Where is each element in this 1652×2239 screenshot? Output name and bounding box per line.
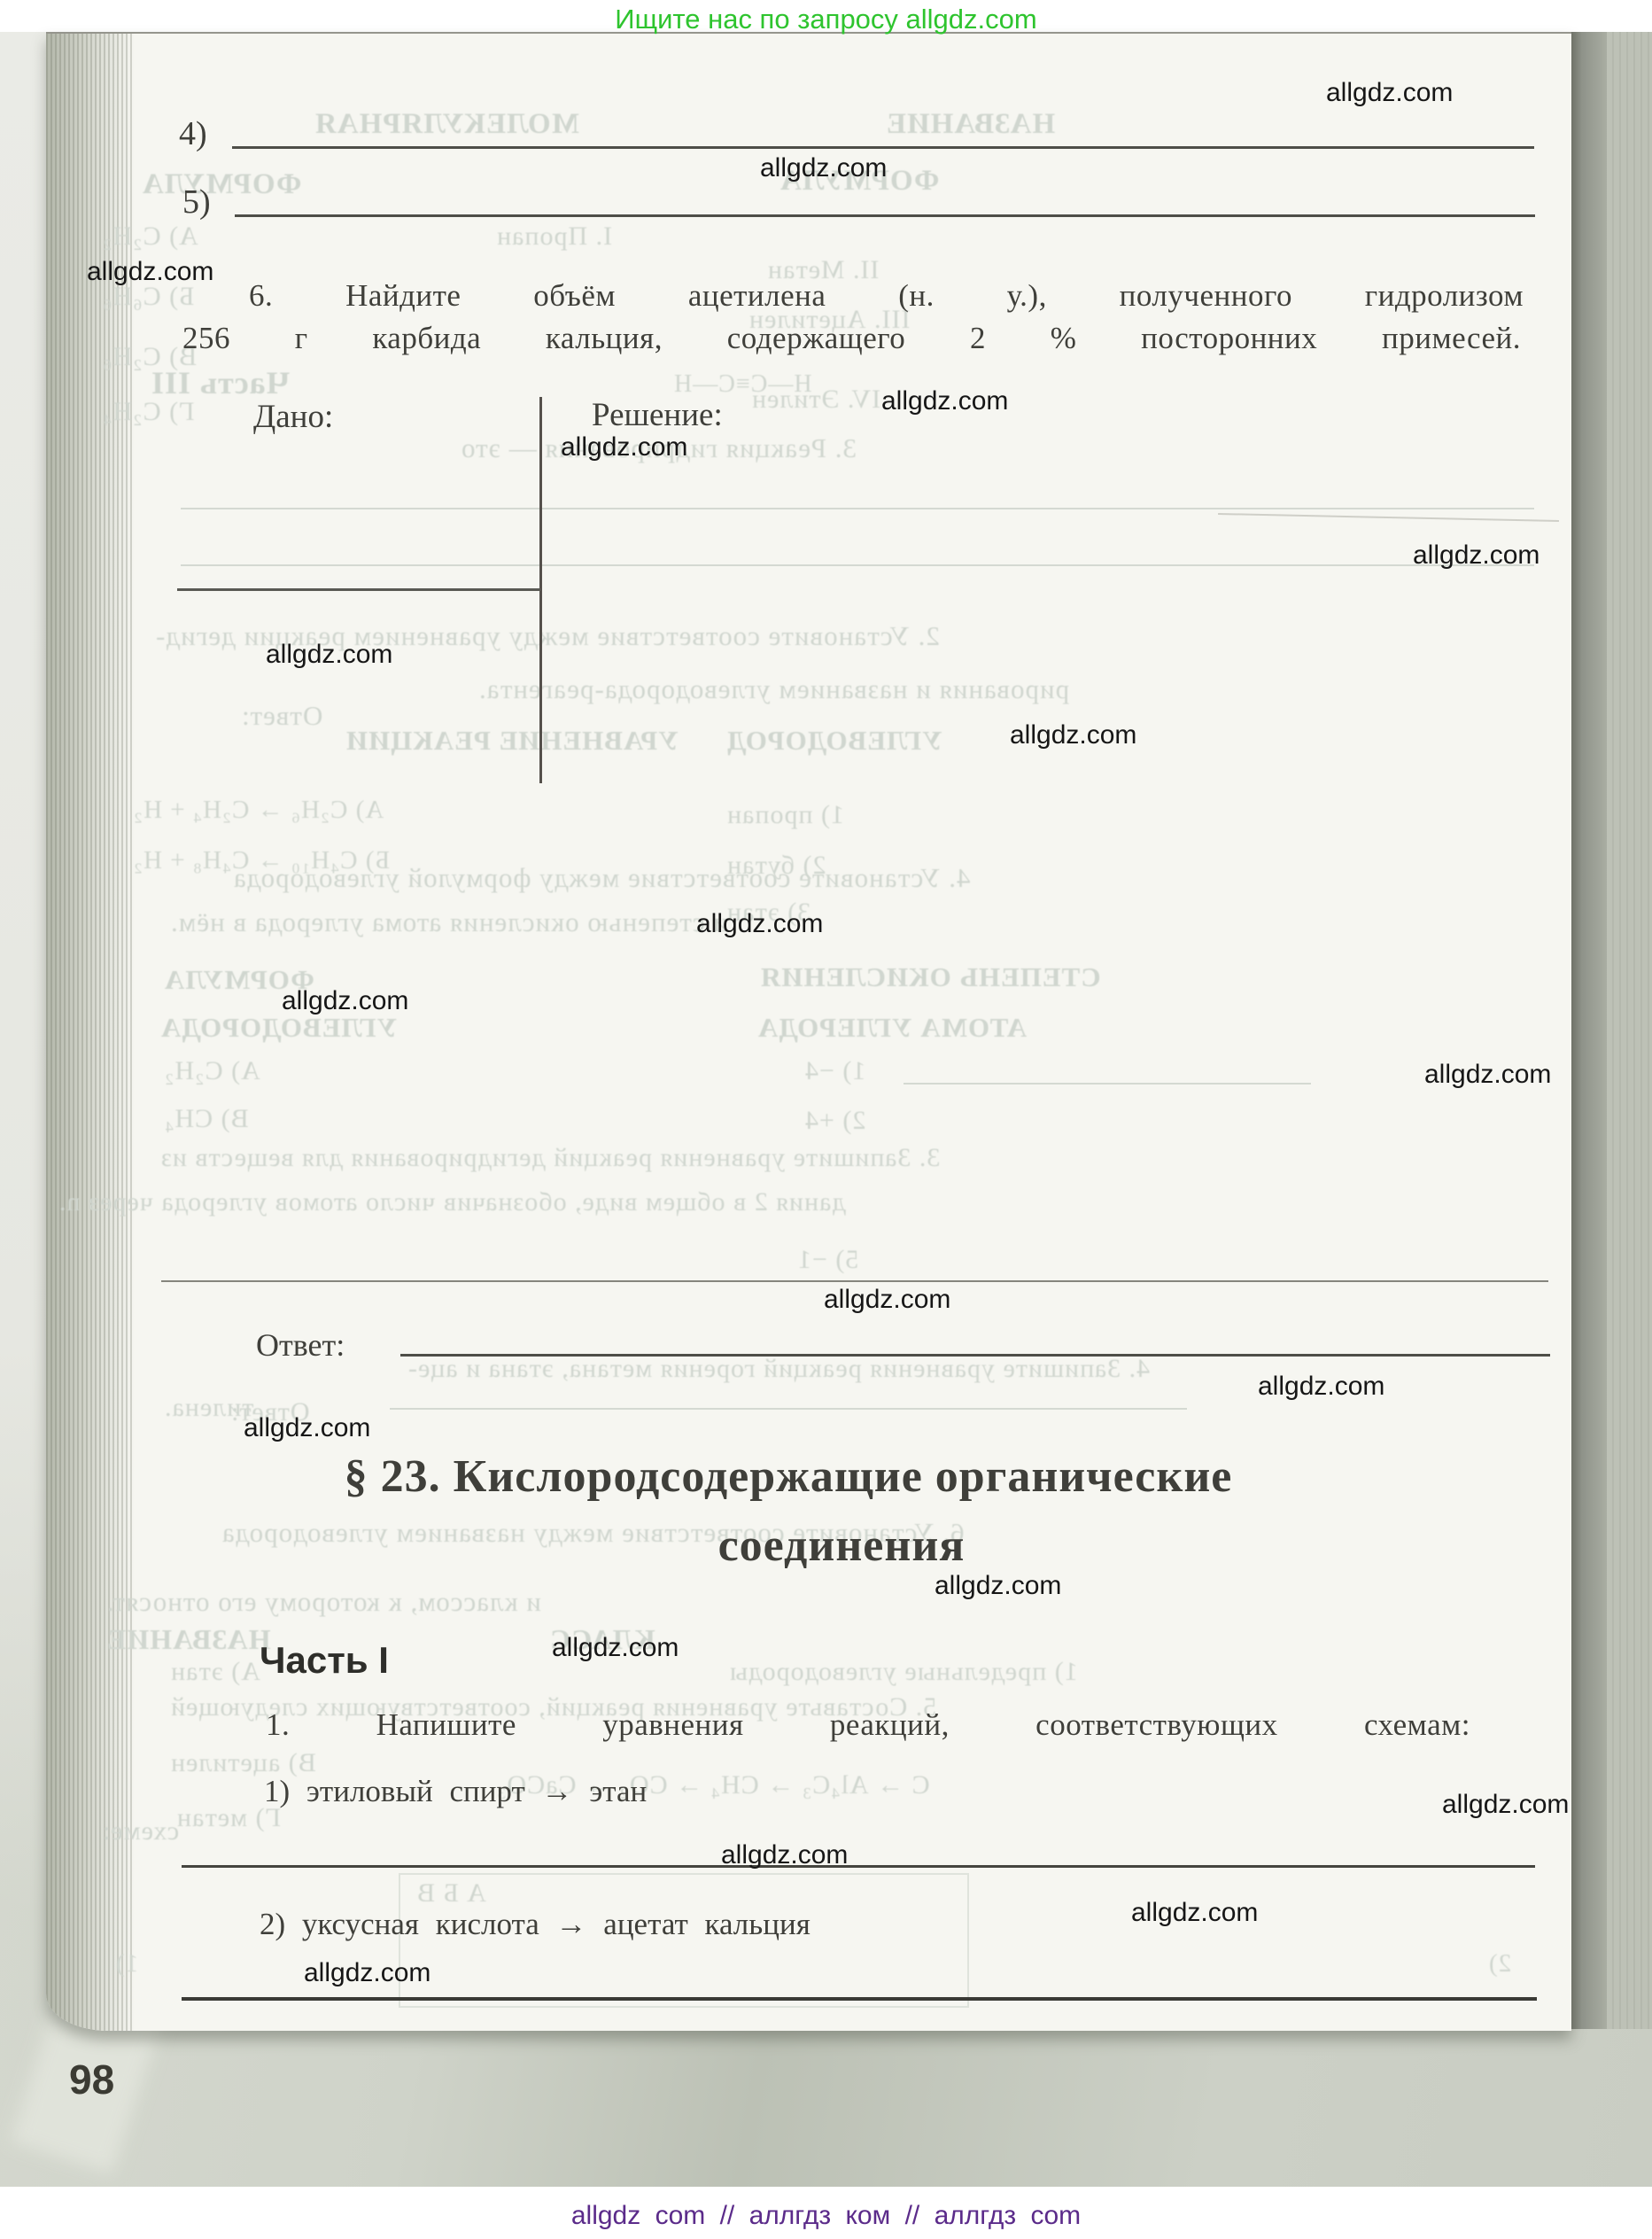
section-title-line1: § 23. Кислородсодержащие органические (115, 1448, 1462, 1505)
bleed-through-text: 1) (115, 1951, 138, 1977)
bleed-through-text: 4. Запишите уравнения реакций горения ме… (407, 1356, 1150, 1382)
site-watermark: allgdz.com (304, 1960, 430, 1986)
bleed-through-line (904, 1083, 1311, 1085)
bleed-through-text: 1) пропан (726, 802, 844, 828)
answer-blank-line[interactable] (400, 1354, 1550, 1357)
bleed-through-text: Н—С≡С—Н (673, 372, 812, 397)
bleed-through-text: А) С₂Н₂ (164, 1058, 260, 1085)
site-watermark: allgdz.com (266, 641, 392, 668)
scheme-2-text: 2) уксусная кислота → ацетат кальция (260, 1905, 810, 1944)
bleed-through-text: УРАВНЕНИЕ РЕАКЦИИ (345, 727, 679, 754)
site-watermark: allgdz.com (760, 155, 887, 182)
bleed-through-text: А) С₂Н₆ → С₂Н₄ + Н₂ (133, 797, 384, 823)
bleed-through-text: 4. Установите соответствие между формуло… (233, 864, 970, 891)
part-1-heading: Часть I (260, 1637, 389, 1684)
given-label: Дано: (253, 397, 333, 438)
bleed-through-text: Г) С₂Н₄ (102, 399, 194, 425)
site-watermark: allgdz.com (721, 1842, 848, 1869)
scheme-1-text: 1) этиловый спирт → этан (264, 1772, 647, 1811)
site-watermark: allgdz.com (552, 1635, 679, 1661)
bleed-through-text: НАЗВАНИЕ (886, 110, 1055, 139)
given-box-bottom-line (177, 588, 540, 591)
site-watermark: allgdz.com (881, 388, 1008, 415)
bleed-through-text: схеме: (102, 1818, 179, 1845)
bleed-through-text: дания 2 в общем виде, обозначив число ат… (58, 1189, 846, 1216)
bleed-through-text: МОЛЕКУЛЯРНАЯ (314, 110, 579, 139)
left-margin (0, 32, 48, 1910)
answer-label: Ответ: (256, 1326, 345, 1365)
book-edge-outer (1607, 32, 1652, 2029)
bleed-through-text: Ответ: (241, 702, 322, 729)
bleed-through-text: ФОРМУЛА (142, 170, 301, 199)
bleed-through-text: І. Пропан (496, 223, 612, 250)
site-watermark: allgdz.com (1326, 80, 1453, 106)
bleed-through-text: СТЕПЕНЬ ОКИСЛЕНИЯ (760, 963, 1101, 991)
site-watermark: allgdz.com (1424, 1061, 1551, 1088)
scheme-1-answer-line[interactable] (182, 1865, 1535, 1868)
site-watermark: allgdz.com (244, 1415, 370, 1442)
site-watermark: allgdz.com (87, 259, 213, 285)
bleed-through-text: УГЛЕВОДОРОД (726, 727, 942, 754)
bleed-through-text: НАЗВАНИЕ (106, 1625, 271, 1653)
task-1-text: 1. Напишите уравнения реакций, соответст… (266, 1706, 1470, 1745)
site-watermark: allgdz.com (1010, 722, 1136, 749)
bleed-through-line (181, 508, 1534, 509)
bleed-through-text: А) этан (170, 1659, 260, 1685)
bleed-through-text: В) СН₄ (164, 1106, 249, 1132)
site-watermark: allgdz.com (824, 1287, 950, 1313)
bleed-through-text: 3. Запишите уравнения реакций дегидриров… (160, 1145, 940, 1171)
scanned-workbook-page: МОЛЕКУЛЯРНАЯНАЗВАНИЕФОРМУЛАФОРМУЛАА) С₂Н… (0, 0, 1652, 2239)
site-watermark: allgdz.com (935, 1573, 1061, 1599)
site-watermark: allgdz.com (1442, 1792, 1569, 1818)
scheme-2-answer-line[interactable] (182, 1997, 1537, 2001)
bleed-through-text: 1) предельные углеводороды (729, 1659, 1078, 1685)
binding-shadow (46, 34, 135, 2031)
bleed-through-line (390, 1408, 1187, 1410)
bleed-through-text: Б) С₆Н₆ (102, 284, 194, 310)
blank-item-4-line[interactable] (232, 146, 1534, 149)
promo-banner: Ищите нас по запросу allgdz.com (0, 4, 1652, 35)
bleed-through-text: и степенью окисления атома углерода в нё… (170, 908, 728, 936)
blank-item-5-label: 5) (182, 182, 211, 224)
section-title-line2: соединения (151, 1517, 1532, 1574)
page-number: 98 (69, 2056, 114, 2103)
site-watermark: allgdz.com (696, 911, 823, 937)
site-watermark: allgdz.com (1413, 542, 1540, 569)
bleed-through-text: АТОМА УГЛЕРОДА (757, 1014, 1027, 1041)
problem6-text-line1: 6. Найдите объём ацетилена (н. у.), полу… (249, 276, 1524, 315)
bleed-through-text: 2) +4 (804, 1108, 865, 1134)
bleed-through-text: и классом, к которому его относят. (106, 1588, 541, 1615)
footer-site-text: allgdz com // аллгдз ком // аллгдз com (0, 2201, 1652, 2231)
book-edge-strip (1571, 32, 1607, 2029)
bleed-through-text: 1) −4 (804, 1058, 865, 1085)
blank-item-4-label: 4) (179, 113, 207, 156)
bleed-through-text: УГЛЕВОДОРОДА (160, 1014, 397, 1041)
problem6-text-line2: 256 г карбида кальция, содержащего 2 % п… (182, 319, 1521, 358)
site-watermark: allgdz.com (1131, 1900, 1258, 1926)
bleed-through-line (181, 564, 1534, 566)
site-watermark: allgdz.com (282, 988, 408, 1015)
solution-end-line (161, 1280, 1548, 1282)
bleed-through-text: 5) −1 (797, 1247, 858, 1273)
blank-item-5-line[interactable] (235, 214, 1535, 217)
solution-label: Решение: (592, 395, 723, 436)
site-watermark: allgdz.com (561, 434, 687, 461)
bleed-through-text: 2) (1488, 1951, 1511, 1977)
bleed-through-text: Часть ІІІ (151, 367, 290, 399)
bleed-through-text: А) С₂Н₂ (102, 223, 198, 250)
bleed-through-text: рирования и названием углеводорода-реаге… (478, 675, 1069, 703)
site-watermark: allgdz.com (1258, 1373, 1384, 1400)
